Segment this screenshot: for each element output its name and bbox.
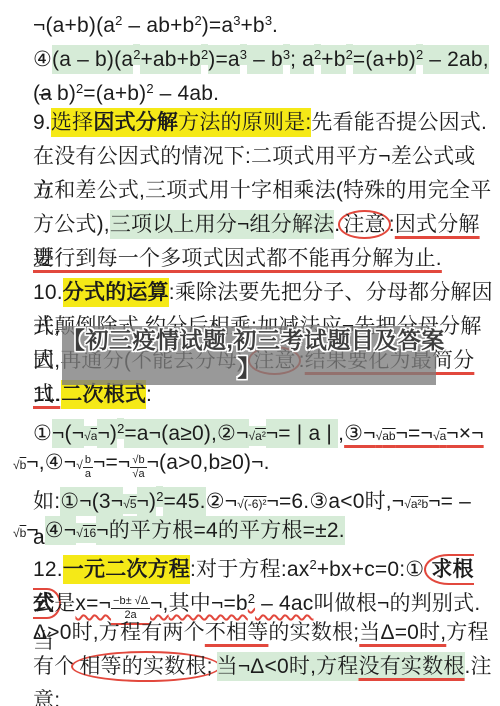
text-segment: 3 <box>240 44 247 65</box>
text-segment: √ab <box>376 429 396 443</box>
text-segment: 2 <box>146 81 153 96</box>
text-segment: 3 <box>283 44 290 65</box>
text-segment: x=¬ <box>75 592 111 615</box>
text-line: 式是x=¬−b± √Δ2a¬,其中¬=b2 – 4ac叫做根¬的判别式.当 <box>33 582 494 616</box>
text-segment: ¬=¬ <box>396 422 433 445</box>
text-line: ④(a – b)(a2+ab+b2)=a3 – b3; a2+b2=(a+b)2… <box>33 38 494 72</box>
text-segment: )=a <box>208 45 240 74</box>
text-segment: : <box>146 383 152 406</box>
text-segment: √b√a <box>130 454 146 480</box>
text-line: 12.一元二次方程:对于方程:ax2+bx+c=0:①求根公 <box>33 548 494 582</box>
text-segment: 是 <box>54 592 75 615</box>
text-segment: ¬) <box>97 419 117 448</box>
text-line: ①¬(¬√a¬)2=a¬(a≥0),②¬√a²¬= | a | ,③¬√ab¬=… <box>33 412 494 446</box>
math-notes-page: { "colors":{ "highlight_green":"#d6ebd7"… <box>0 0 500 706</box>
text-segment: 分式的运算 <box>63 278 169 307</box>
text-segment: ¬= | a | <box>266 419 338 448</box>
text-segment: 不相等 <box>205 621 269 644</box>
text-segment: 进行到每一个多项式因式都不能再分解为止. <box>33 247 442 270</box>
text-segment: 2 <box>194 13 201 28</box>
text-line: √b¬.④¬√16¬的平方根=4的平方根=±2. <box>13 514 494 548</box>
text-segment: :对于方程:ax <box>190 558 309 581</box>
text-segment: 方法的原则是: <box>178 108 311 137</box>
text-segment: . <box>272 14 278 37</box>
text-segment: 相等的实数根; <box>71 651 220 682</box>
text-line: √b¬,④¬√ba¬=¬√b√a¬(a>0,b≥0)¬. <box>13 446 494 480</box>
text-segment: 3 <box>265 13 272 28</box>
text-segment: +ab+b <box>140 45 201 74</box>
text-segment: ①¬(3¬ <box>60 487 123 516</box>
text-segment: +b <box>240 14 264 37</box>
text-segment: √(-6)² <box>237 497 266 511</box>
text-segment: ¬的平方根=4的平方根=±2. <box>96 516 345 545</box>
text-segment: 10. <box>33 281 63 304</box>
text-segment: (a – b)(a <box>52 45 133 74</box>
text-segment: 方和差公式,三项式用十字相乘法(特殊的用完全平 <box>33 179 491 202</box>
text-line: 方和差公式,三项式用十字相乘法(特殊的用完全平 <box>33 174 494 208</box>
text-segment: 当¬Δ<0时,方程 <box>217 652 359 681</box>
text-segment: +b <box>321 45 345 74</box>
text-line: Δ>0时,方程有两个不相等的实数根;当Δ=0时,方程 <box>33 616 494 650</box>
text-segment: 因式分解 <box>93 108 178 137</box>
text-segment: – b <box>247 45 283 74</box>
text-segment: √b <box>13 526 26 540</box>
text-segment: ① <box>33 422 52 445</box>
text-segment: ③¬ <box>344 422 376 445</box>
text-segment: √a <box>84 426 97 446</box>
text-segment: ¬=¬ <box>93 451 130 474</box>
text-segment: =(a+b) <box>353 45 416 74</box>
text-segment: ¬(¬ <box>52 419 84 448</box>
text-line: 进行到每一个多项式因式都不能再分解为止. <box>33 242 494 276</box>
text-segment: ¬(a+b)(a <box>33 14 115 37</box>
text-segment: 没有实数根 <box>359 652 465 681</box>
text-segment: √16 <box>76 523 96 543</box>
text-segment: 一元二次方程 <box>63 555 190 584</box>
text-segment: =a¬(a≥0),②¬ <box>124 419 248 448</box>
watermark-text-line2: 】 <box>62 354 436 382</box>
text-segment: √a² <box>249 426 266 446</box>
text-segment: √5 <box>123 494 136 514</box>
text-segment: ¬×¬ <box>446 422 483 445</box>
text-segment: 注意 <box>338 210 390 239</box>
text-segment: 三项以上用分¬组分解法 <box>110 210 334 239</box>
text-segment: 2 <box>346 44 353 65</box>
text-segment: 选择 <box>51 108 93 137</box>
text-segment: ②¬ <box>206 490 238 513</box>
text-segment: 11. <box>33 383 61 406</box>
text-segment: √a <box>433 429 446 443</box>
text-line: 在没有公因式的情况下:二项式用平方¬差公式或立 <box>33 140 494 174</box>
text-segment: 12. <box>33 558 63 581</box>
text-segment: ④¬ <box>45 516 77 545</box>
text-segment: 2 <box>248 591 255 606</box>
text-segment: ; a <box>290 45 314 74</box>
text-line: 10.分式的运算:乘除法要先把分子、分母都分解因式, <box>33 276 494 310</box>
text-segment: 式 <box>33 592 54 615</box>
watermark-overlay: 【初三疫情试题,初三考试题目及答案 】 <box>62 326 436 385</box>
text-segment: 其中¬=b <box>169 592 248 615</box>
text-segment: – 4ab. <box>154 82 220 105</box>
text-segment: +bx+c=0:① <box>317 558 425 581</box>
text-segment: ¬. <box>26 519 45 542</box>
text-line: 方公式),三项以上用分¬组分解法.注意:因式分解要 <box>33 208 494 242</box>
text-segment: √b <box>13 458 26 472</box>
text-segment: =45. <box>163 487 205 516</box>
text-segment: ¬=6.③a<0时,¬ <box>266 490 404 513</box>
text-segment: – 2ab, <box>423 45 489 74</box>
text-segment: √ba <box>76 458 93 472</box>
text-segment: =(a+b) <box>83 82 146 105</box>
text-segment: 9. <box>33 111 51 134</box>
text-segment: 的实数根; <box>268 621 359 644</box>
text-segment: 2 <box>309 557 316 572</box>
text-segment: √a²b <box>404 497 428 511</box>
text-segment: 如: <box>33 490 60 513</box>
text-segment: – 4ac <box>255 592 313 615</box>
text-segment: 方公式), <box>33 213 110 236</box>
text-segment: )=a <box>202 14 234 37</box>
text-segment: ¬(a>0,b≥0)¬. <box>147 451 270 474</box>
text-segment: Δ>0时,方程有两个 <box>33 621 205 644</box>
text-line: 9.选择因式分解方法的原则是:先看能否提公因式. <box>33 106 494 140</box>
text-segment: 当Δ=0时, <box>359 621 446 644</box>
text-line: ¬(a+b)(a2 – ab+b2)=a3+b3. <box>33 4 494 38</box>
text-segment: ¬, <box>150 592 169 615</box>
text-segment: ¬,④¬ <box>26 451 76 474</box>
text-line: – b)2=(a+b)2 – 4ab. <box>33 72 494 106</box>
text-segment: – b) <box>33 82 76 105</box>
text-line: 有个相等的实数根;当¬Δ<0时,方程没有实数根.注意: <box>33 650 494 684</box>
text-segment: 方程 <box>446 621 488 644</box>
text-line: 如:①¬(3¬√5¬)2=45.②¬√(-6)²¬=6.③a<0时,¬√a²b¬… <box>33 480 494 514</box>
watermark-text-line1: 【初三疫情试题,初三考试题目及答案 <box>62 326 436 354</box>
text-segment: 先看能否提公因式. <box>311 111 487 134</box>
text-segment: ④ <box>33 48 52 71</box>
text-segment: ¬) <box>137 487 157 516</box>
text-segment: 有个 <box>33 655 75 678</box>
text-segment: – ab+b <box>122 14 194 37</box>
